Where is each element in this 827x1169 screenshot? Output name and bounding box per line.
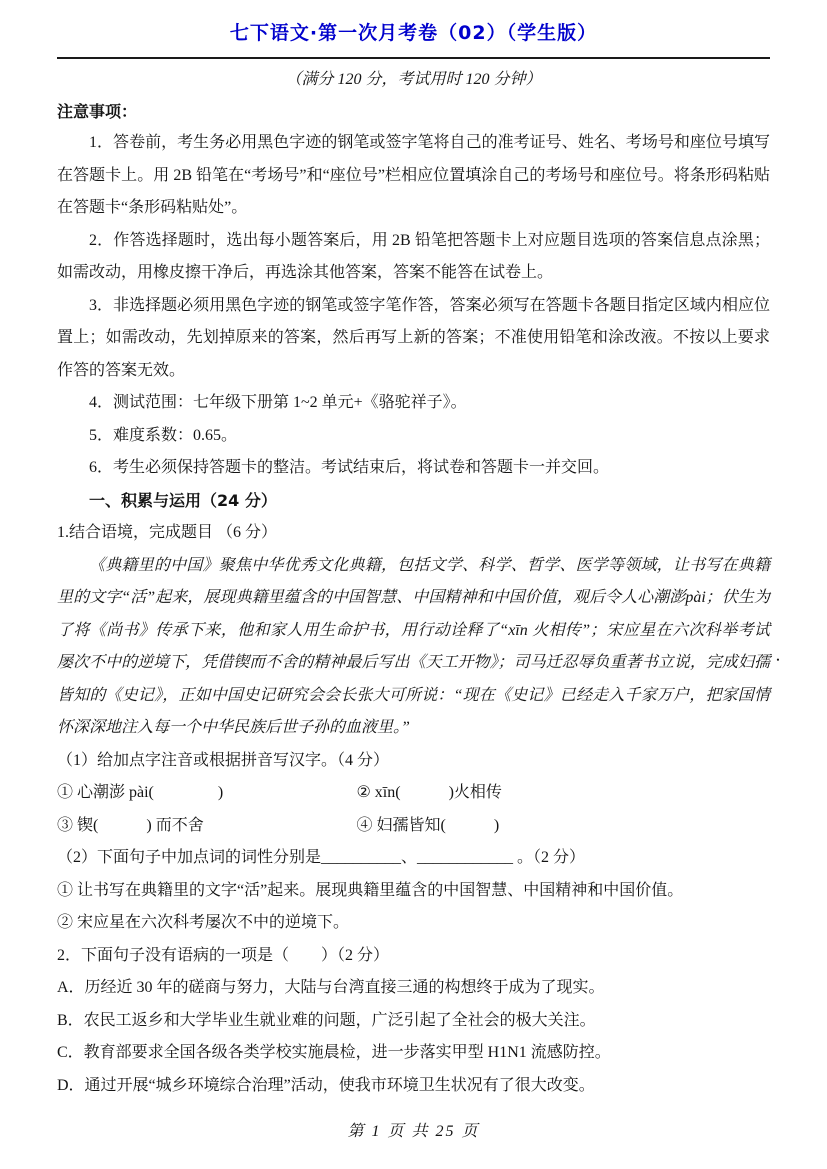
passage-part-2: 而不舍的精神最后写出《天工开物》；司马迁忍辱负重著书立说，完成妇 — [249, 654, 754, 671]
question-1-1-stem: （1）给加点字注音或根据拼音写汉字。（4 分） — [57, 745, 770, 778]
header-divider — [57, 57, 770, 59]
sentence-1-suffix: 中国价值。 — [603, 882, 683, 899]
question-1-passage: 《典籍里的中国》聚焦中华优秀文化典籍，包括文学、科学、哲学、医学等领域，让书写在… — [57, 550, 770, 745]
notice-item-6: 6．考生必须保持答题卡的整洁。考试结束后，将试卷和答题卡一并交回。 — [57, 452, 770, 485]
notice-heading: 注意事项： — [57, 97, 770, 127]
passage-emphasized-char-2: 孺 — [754, 654, 770, 671]
passage-emphasized-char-1: 锲 — [233, 654, 249, 671]
pinyin-item-3-suffix: ( ) 而不舍 — [93, 817, 204, 834]
pinyin-item-4-prefix: ④ 妇 — [356, 817, 392, 834]
question-2-option-a: A．历经近 30 年的磋商与努力，大陆与台湾直接三通的构想终于成为了现实。 — [57, 972, 770, 1005]
passage-part-3: 皆知的《史记》，正如中国史记研究会会长张大可所说：“现在《史记》已经走入千家万户… — [57, 687, 770, 737]
question-2-option-b: B．农民工返乡和大学毕业生就业难的问题，广泛引起了全社会的极大关注。 — [57, 1005, 770, 1038]
sentence-2-prefix: ② 宋应星 — [57, 914, 125, 931]
pinyin-items-row-2: ③ 锲( ) 而不舍 ④ 妇孺皆知( ) — [57, 810, 770, 843]
sentence-1-prefix: ① 让书写在典籍里的文字“活”起来。展现典籍里蕴含的中国智慧、中国精神 — [57, 882, 587, 899]
question-1-2-sentence-2: ② 宋应星在六次科考屡次不中的逆境下。 — [57, 907, 770, 940]
notice-item-1: 1．答卷前，考生务必用黑色字迹的钢笔或签字笔将自己的准考证号、姓名、考场号和座位… — [57, 127, 770, 225]
question-1-2-stem: （2）下面句子中加点词的词性分别是__________、____________… — [57, 842, 770, 875]
pinyin-item-2: ② xīn( )火相传 — [356, 777, 770, 810]
sentence-1-emphasized-char: 和 — [587, 882, 603, 899]
question-1-2-sentence-1: ① 让书写在典籍里的文字“活”起来。展现典籍里蕴含的中国智慧、中国精神和中国价值… — [57, 875, 770, 908]
pinyin-item-3: ③ 锲( ) 而不舍 — [57, 810, 356, 843]
question-2-option-d: D．通过开展“城乡环境综合治理”活动，使我市环境卫生状况有了很大改变。 — [57, 1070, 770, 1103]
question-2-option-c: C．教育部要求全国各级各类学校实施晨检，进一步落实甲型 H1N1 流感防控。 — [57, 1037, 770, 1070]
section-1-heading: 一、积累与运用（24 分） — [57, 485, 770, 518]
notice-item-3: 3．非选择题必须用黑色字迹的钢笔或签字笔作答，答案必须写在答题卡各题目指定区域内… — [57, 290, 770, 388]
pinyin-item-1: ① 心潮澎 pài( ) — [57, 777, 356, 810]
exam-score-duration: （满分 120 分，考试用时 120 分钟） — [57, 67, 770, 93]
pinyin-item-4-emphasized-char: 孺 — [392, 817, 408, 834]
sentence-2-suffix: 六次科考屡次不中的逆境下。 — [141, 914, 349, 931]
pinyin-item-3-prefix: ③ — [57, 817, 77, 834]
pinyin-item-4: ④ 妇孺皆知( ) — [356, 810, 770, 843]
notice-item-5: 5．难度系数：0.65。 — [57, 420, 770, 453]
question-2-stem: 2．下面句子没有语病的一项是（ ）（2 分） — [57, 940, 770, 973]
notice-item-4: 4．测试范围：七年级下册第 1~2 单元+《骆驼祥子》。 — [57, 387, 770, 420]
notice-item-2: 2．作答选择题时，选出每小题答案后，用 2B 铅笔把答题卡上对应题目选项的答案信… — [57, 225, 770, 290]
pinyin-item-4-suffix: 皆知( ) — [408, 817, 499, 834]
pinyin-items-row-1: ① 心潮澎 pài( ) ② xīn( )火相传 — [57, 777, 770, 810]
page-title: 七下语文·第一次月考卷（02）（学生版） — [57, 20, 770, 46]
pinyin-item-3-emphasized-char: 锲 — [77, 817, 93, 834]
question-1-stem: 1.结合语境，完成题目 （6 分） — [57, 517, 770, 550]
sentence-2-emphasized-char: 在 — [125, 914, 141, 931]
exam-page: 七下语文·第一次月考卷（02）（学生版） （满分 120 分，考试用时 120 … — [0, 0, 827, 1102]
page-footer: 第 1 页 共 25 页 — [0, 1118, 827, 1141]
